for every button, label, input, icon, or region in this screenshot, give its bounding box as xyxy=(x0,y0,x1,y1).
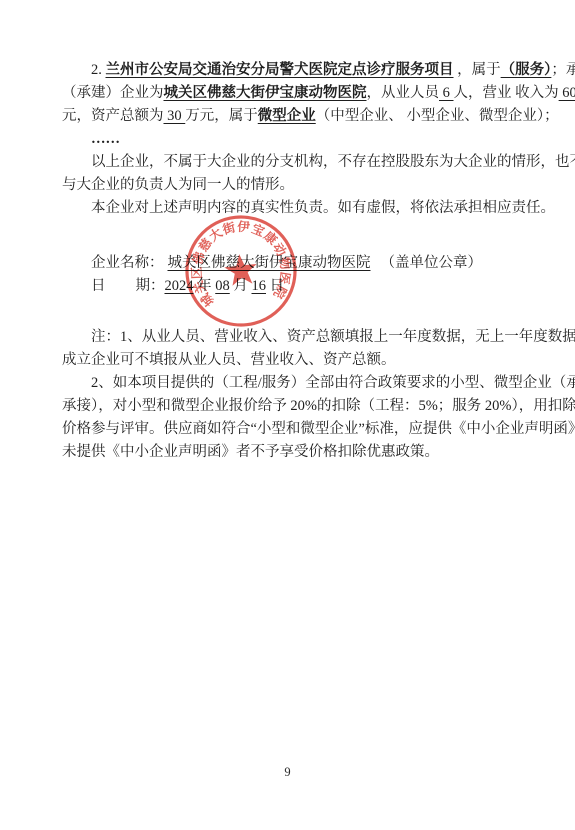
date-month-field: 08 xyxy=(215,278,230,294)
paragraph-project-line1: 2. 兰州市公安局交通治安分局警犬医院定点诊疗服务项目 ，属于（服务）；承接 xyxy=(62,59,524,82)
text-run: 元，资产总额为 xyxy=(62,108,164,124)
item-number: 2. xyxy=(91,62,106,78)
document-page: 2. 兰州市公安局交通治安分局警犬医院定点诊疗服务项目 ，属于（服务）；承接 （… xyxy=(0,0,575,830)
paragraph-project-line3: 元，资产总额为 30 万元，属于微型企业（中型企业、 小型企业、微型企业）； xyxy=(62,105,524,128)
ellipsis-line: …… xyxy=(62,128,524,151)
assets-amount-field: 30 xyxy=(164,108,186,124)
seal-instruction-label: （盖单位公章） xyxy=(375,255,483,271)
date-day-field: 16 xyxy=(252,278,267,294)
text-run: （承建）企业为 xyxy=(62,85,164,101)
text-run: （中型企业、 小型企业、微型企业）； xyxy=(316,108,559,124)
note2-line3: 价格参与评审。供应商如符合“小型和微型企业”标准，应提供《中小企业声明函》， xyxy=(62,418,524,441)
note1-line2: 成立企业可不填报从业人员、营业收入、资产总额。 xyxy=(62,349,524,372)
company-name-value: 城关区佛慈大街伊宝康动物医院 xyxy=(164,255,375,271)
project-category-field: （服务） xyxy=(501,62,552,78)
employees-count-field: 6 xyxy=(439,85,454,101)
date-year-field: 2024 xyxy=(165,278,194,294)
revenue-amount-field: 60 xyxy=(559,85,575,101)
project-name-field: 兰州市公安局交通治安分局警犬医院定点诊疗服务项目 xyxy=(106,62,454,78)
paragraph-no-affiliation-line1: 以上企业，不属于大企业的分支机构，不存在控股股东为大企业的情形，也不存在 xyxy=(62,151,524,174)
note2-line4: 未提供《中小企业声明函》者不予享受价格扣除优惠政策。 xyxy=(62,441,524,464)
date-line: 日期：2024 年 08 月 16 日 xyxy=(62,275,524,298)
page-number: 9 xyxy=(0,765,575,780)
text-run: ；承接 xyxy=(551,62,575,78)
date-label-left: 日 xyxy=(91,278,106,294)
text-run: ，属于 xyxy=(454,62,501,78)
date-year-unit: 年 xyxy=(194,278,216,294)
company-name-label: 企业名称： xyxy=(91,255,164,271)
paragraph-responsibility: 本企业对上述声明内容的真实性负责。如有虚假，将依法承担相应责任。 xyxy=(62,197,524,220)
text-run: ，从业人员 xyxy=(367,85,440,101)
date-label-right: 期： xyxy=(136,278,165,294)
date-month-unit: 月 xyxy=(230,278,252,294)
text-run: 万元，属于 xyxy=(185,108,258,124)
paragraph-no-affiliation-line2: 与大企业的负责人为同一人的情形。 xyxy=(62,174,524,197)
contractor-name-field: 城关区佛慈大街伊宝康动物医院 xyxy=(164,85,367,101)
note2-line2: 承接），对小型和微型企业报价给予 20%的扣除（工程：5%；服务 20%），用扣… xyxy=(62,395,524,418)
note2-line1: 2、如本项目提供的（工程/服务）全部由符合政策要求的小型、微型企业（承建/ xyxy=(62,372,524,395)
company-name-line: 企业名称：城关区佛慈大街伊宝康动物医院（盖单位公章） xyxy=(62,252,524,275)
date-day-unit: 日 xyxy=(266,278,284,294)
paragraph-project-line2: （承建）企业为城关区佛慈大街伊宝康动物医院，从业人员 6 人，营业 收入为 60… xyxy=(62,82,524,105)
document-body: 2. 兰州市公安局交通治安分局警犬医院定点诊疗服务项目 ，属于（服务）；承接 （… xyxy=(62,59,524,464)
enterprise-type-field: 微型企业 xyxy=(258,108,316,124)
text-run: 人，营业 收入为 xyxy=(454,85,559,101)
note1-line1: 注：1、从业人员、营业收入、资产总额填报上一年度数据，无上一年度数据的新 xyxy=(62,326,524,349)
